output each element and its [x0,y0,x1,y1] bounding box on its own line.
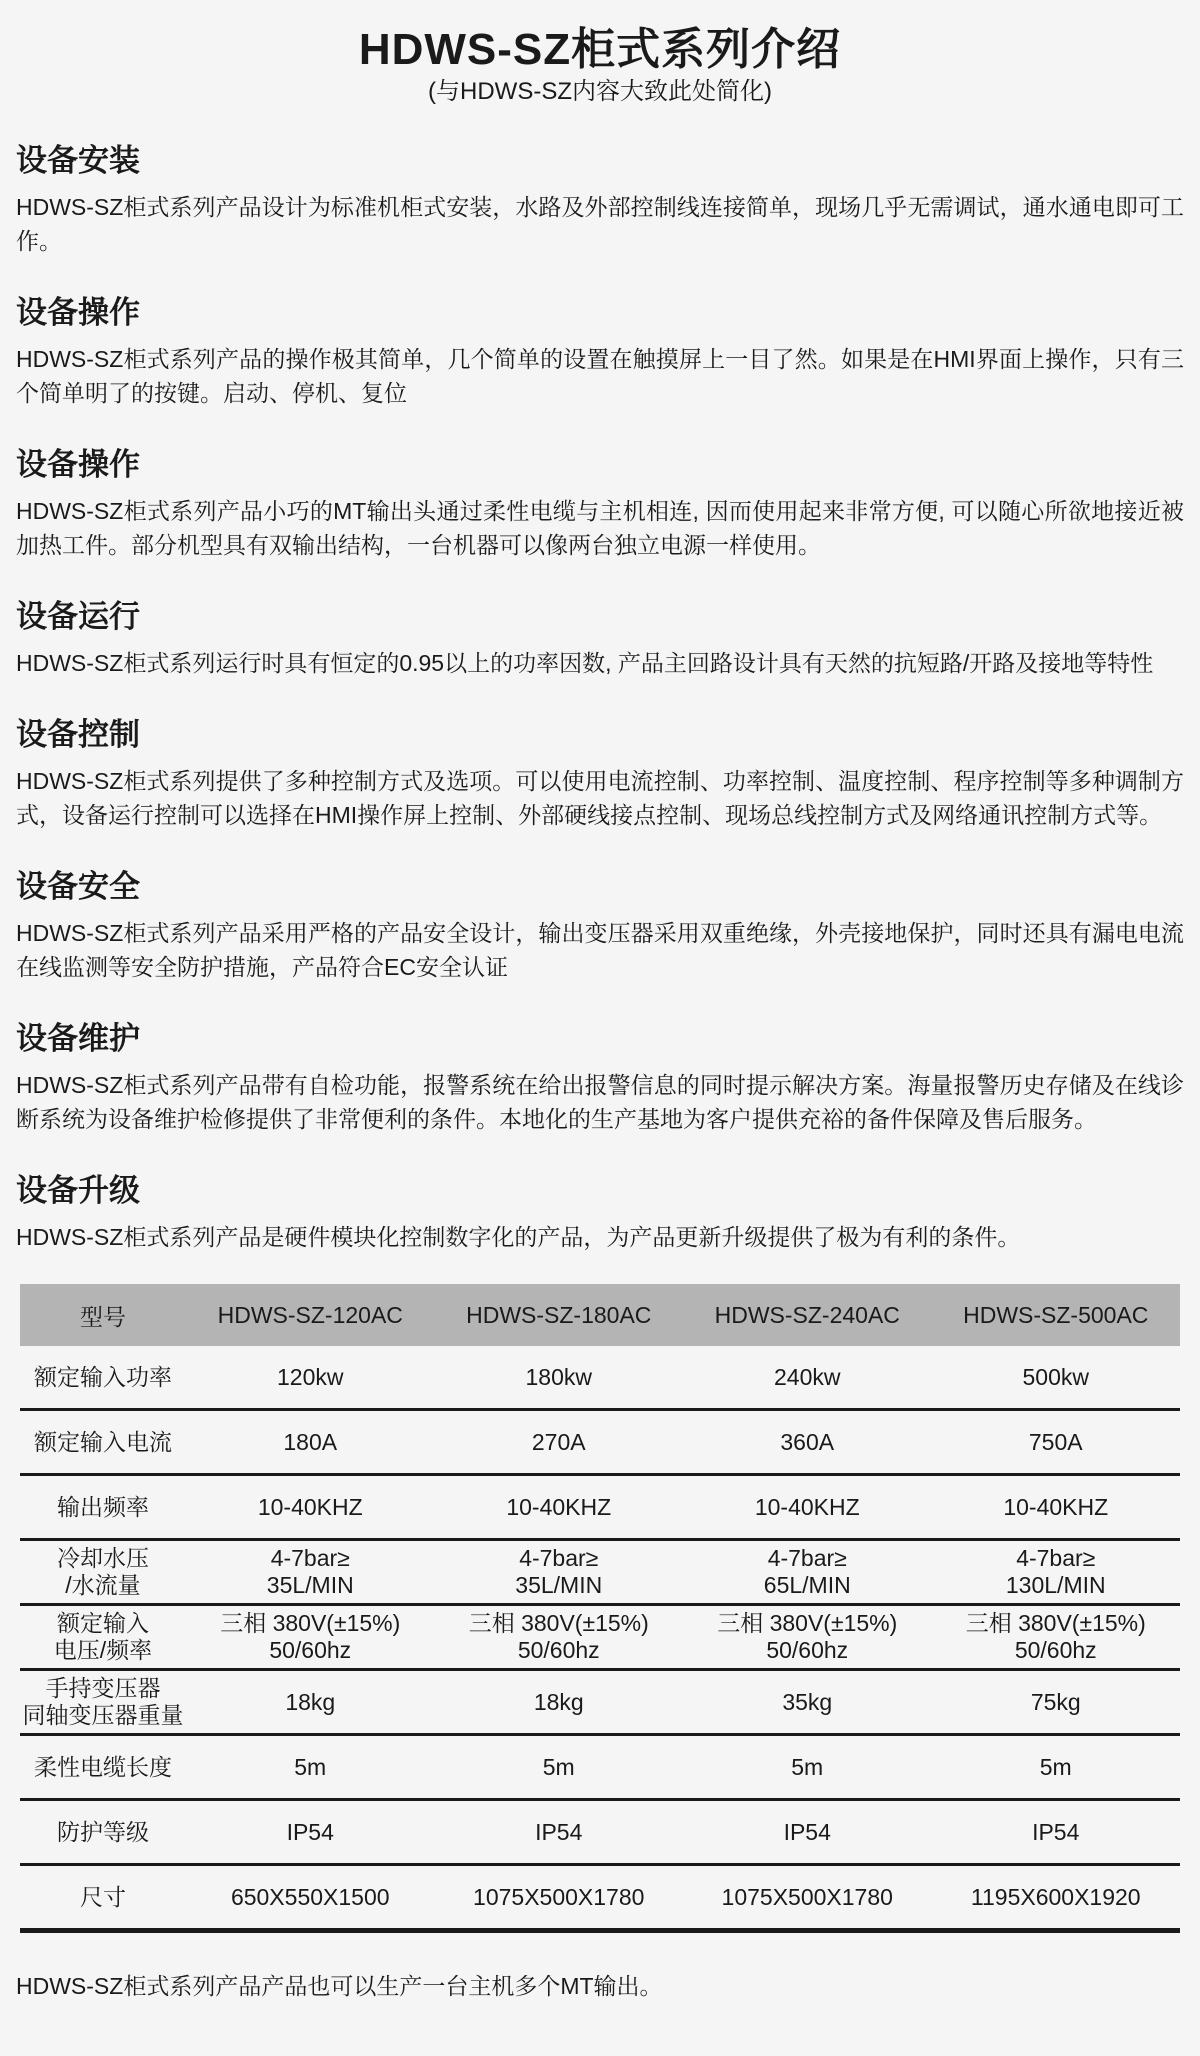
row-label: 防护等级 [20,1800,186,1865]
cell-value: 18kg [435,1670,684,1735]
cell-value: 75kg [932,1670,1181,1735]
cell-value: 120kw [186,1346,435,1410]
table-row-cooling-water: 冷却水压 /水流量 4-7bar≥ 35L/MIN 4-7bar≥ 35L/MI… [20,1540,1180,1605]
row-label: 输出频率 [20,1475,186,1540]
spec-table: 型号 HDWS-SZ-120AC HDWS-SZ-180AC HDWS-SZ-2… [20,1284,1180,1933]
section-body-running: HDWS-SZ柜式系列运行时具有恒定的0.95以上的功率因数, 产品主回路设计具… [16,646,1184,680]
cell-value: 10-40KHZ [435,1475,684,1540]
row-label: 额定输入电流 [20,1410,186,1475]
cell-value: 1075X500X1780 [435,1865,684,1931]
section-heading-operation-1: 设备操作 [16,296,1184,330]
cell-value: 5m [186,1735,435,1800]
cell-value: 360A [683,1410,932,1475]
cell-value: 三相 380V(±15%) 50/60hz [932,1605,1181,1670]
section-heading-safety: 设备安全 [16,870,1184,904]
cell-value: 1075X500X1780 [683,1865,932,1931]
cell-value: IP54 [932,1800,1181,1865]
cell-value: 240kw [683,1346,932,1410]
footer-note: HDWS-SZ柜式系列产品产品也可以生产一台主机多个MT输出。 [16,1969,1184,2003]
cell-value: 35kg [683,1670,932,1735]
cell-value: 10-40KHZ [932,1475,1181,1540]
cell-value: 180A [186,1410,435,1475]
row-label: 手持变压器 同轴变压器重量 [20,1670,186,1735]
cell-value: 10-40KHZ [186,1475,435,1540]
cell-value: 三相 380V(±15%) 50/60hz [435,1605,684,1670]
row-label: 额定输入功率 [20,1346,186,1410]
table-row-rated-input-current: 额定输入电流 180A 270A 360A 750A [20,1410,1180,1475]
cell-value: 4-7bar≥ 130L/MIN [932,1540,1181,1605]
cell-value: 5m [683,1735,932,1800]
section-heading-upgrade: 设备升级 [16,1174,1184,1208]
cell-value: 4-7bar≥ 35L/MIN [435,1540,684,1605]
section-body-upgrade: HDWS-SZ柜式系列产品是硬件模块化控制数字化的产品，为产品更新升级提供了极为… [16,1220,1184,1254]
section-body-control: HDWS-SZ柜式系列提供了多种控制方式及选项。可以使用电流控制、功率控制、温度… [16,764,1184,832]
table-row-cable-length: 柔性电缆长度 5m 5m 5m 5m [20,1735,1180,1800]
section-heading-operation-2: 设备操作 [16,448,1184,482]
section-heading-install: 设备安装 [16,144,1184,178]
cell-value: 1195X600X1920 [932,1865,1181,1931]
cell-value: 750A [932,1410,1181,1475]
spec-table-header-500ac: HDWS-SZ-500AC [932,1284,1181,1346]
section-body-maintenance: HDWS-SZ柜式系列产品带有自检功能，报警系统在给出报警信息的同时提示解决方案… [16,1068,1184,1136]
cell-value: 18kg [186,1670,435,1735]
cell-value: 10-40KHZ [683,1475,932,1540]
cell-value: 5m [435,1735,684,1800]
spec-table-header-240ac: HDWS-SZ-240AC [683,1284,932,1346]
section-body-install: HDWS-SZ柜式系列产品设计为标准机柜式安装，水路及外部控制线连接简单，现场几… [16,190,1184,258]
row-label: 额定输入 电压/频率 [20,1605,186,1670]
row-label: 尺寸 [20,1865,186,1931]
cell-value: 270A [435,1410,684,1475]
spec-table-header-row: 型号 HDWS-SZ-120AC HDWS-SZ-180AC HDWS-SZ-2… [20,1284,1180,1346]
row-label: 柔性电缆长度 [20,1735,186,1800]
table-row-rated-input-power: 额定输入功率 120kw 180kw 240kw 500kw [20,1346,1180,1410]
spec-table-header-model: 型号 [20,1284,186,1346]
cell-value: IP54 [186,1800,435,1865]
cell-value: IP54 [435,1800,684,1865]
document-page: HDWS-SZ柜式系列介绍 (与HDWS-SZ内容大致此处简化) 设备安装 HD… [0,0,1200,2056]
cell-value: 三相 380V(±15%) 50/60hz [683,1605,932,1670]
page-subtitle: (与HDWS-SZ内容大致此处简化) [16,78,1184,106]
section-heading-control: 设备控制 [16,718,1184,752]
spec-table-header-180ac: HDWS-SZ-180AC [435,1284,684,1346]
table-row-rated-voltage: 额定输入 电压/频率 三相 380V(±15%) 50/60hz 三相 380V… [20,1605,1180,1670]
section-body-operation-2: HDWS-SZ柜式系列产品小巧的MT输出头通过柔性电缆与主机相连, 因而使用起来… [16,494,1184,562]
table-row-protection-rating: 防护等级 IP54 IP54 IP54 IP54 [20,1800,1180,1865]
cell-value: 三相 380V(±15%) 50/60hz [186,1605,435,1670]
cell-value: 650X550X1500 [186,1865,435,1931]
cell-value: 4-7bar≥ 35L/MIN [186,1540,435,1605]
table-row-transformer-weight: 手持变压器 同轴变压器重量 18kg 18kg 35kg 75kg [20,1670,1180,1735]
page-title: HDWS-SZ柜式系列介绍 [16,26,1184,74]
section-body-safety: HDWS-SZ柜式系列产品采用严格的产品安全设计，输出变压器采用双重绝缘，外壳接… [16,916,1184,984]
section-heading-maintenance: 设备维护 [16,1022,1184,1056]
spec-table-header-120ac: HDWS-SZ-120AC [186,1284,435,1346]
row-label: 冷却水压 /水流量 [20,1540,186,1605]
table-row-output-frequency: 输出频率 10-40KHZ 10-40KHZ 10-40KHZ 10-40KHZ [20,1475,1180,1540]
section-body-operation-1: HDWS-SZ柜式系列产品的操作极其简单，几个简单的设置在触摸屏上一目了然。如果… [16,342,1184,410]
cell-value: 4-7bar≥ 65L/MIN [683,1540,932,1605]
section-heading-running: 设备运行 [16,600,1184,634]
cell-value: 5m [932,1735,1181,1800]
table-row-dimensions: 尺寸 650X550X1500 1075X500X1780 1075X500X1… [20,1865,1180,1931]
cell-value: 500kw [932,1346,1181,1410]
cell-value: IP54 [683,1800,932,1865]
cell-value: 180kw [435,1346,684,1410]
